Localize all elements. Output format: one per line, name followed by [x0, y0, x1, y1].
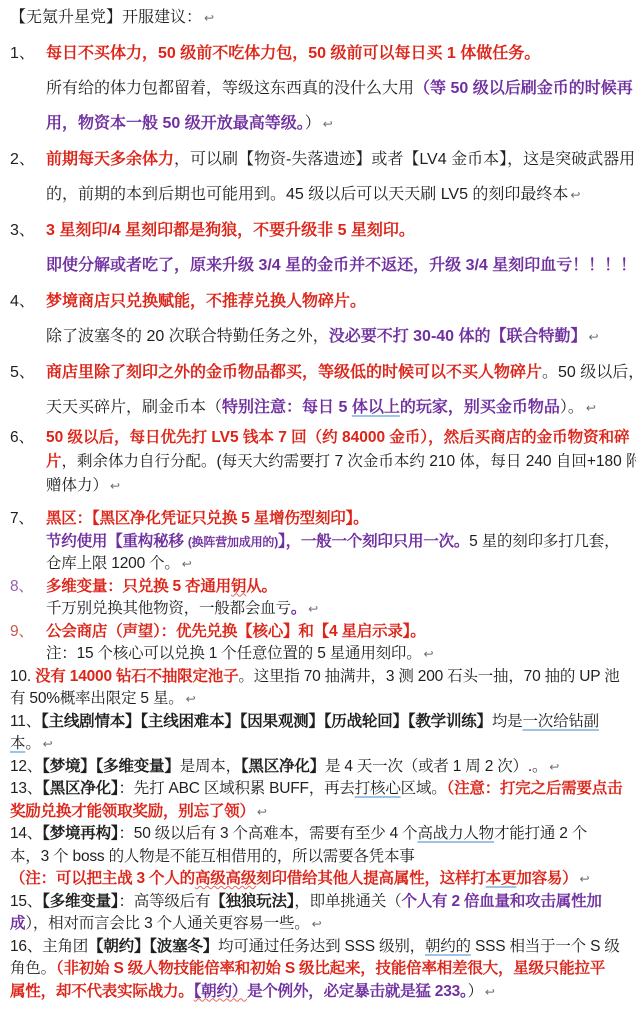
paragraph-mark-icon: ↩	[549, 760, 559, 774]
text-run: （等 50 级以后刷金币的时候再	[414, 80, 633, 97]
paragraph-mark-icon: ↩	[186, 692, 196, 706]
text-run: 的玩家，别买金币物品	[400, 399, 560, 416]
paragraph-mark-icon: ↩	[312, 917, 322, 931]
doc-line: 用，物资本一般 50 级开放最高等级。）↩	[10, 106, 630, 142]
doc-line: 片，剩余体力自行分配。(每天大约需要打 7 次金币本约 210 体，每日 240…	[10, 450, 630, 474]
list-item-16: 16、主角团【朝约】【波塞冬】均可通过任务达到 SSS 级别，朝约的 SSS 相…	[10, 936, 630, 959]
doc-line: 即使分解或者吃了，原来升级 3/4 星的金币并不返还，升级 3/4 星刻印血亏！…	[10, 248, 630, 284]
list-number: 5、	[10, 355, 35, 390]
text-run: （注：可以把主战 3 个人的	[10, 870, 195, 887]
text-run: 高战力人物	[417, 825, 494, 842]
text-run: 均是	[492, 713, 523, 730]
text-run: 】，一般一个刻印只用一次。	[278, 533, 469, 550]
text-run: 3 星刻印/4 星刻印都是狗狼，不要升级非 5 星刻印。	[46, 222, 415, 239]
text-run: 注：15 个核心可以兑换 1 个任意位置的 5 星通用刻印。	[46, 645, 422, 662]
section-item6: 6、50 级以后，每日优先打 LV5 钱本 7 回（约 84000 金币），然后…	[10, 426, 630, 498]
list-item-2: 2、前期每天多余体力，可以刷【物资-失落遗迹】或者【LV4 金币本】，这是突破武…	[10, 142, 630, 177]
text-run: 。这里指 70 抽满井，3 测 200 石头一抽，70 抽的 UP 池	[238, 668, 619, 685]
text-run: ）。	[560, 399, 584, 416]
text-run: 即使分解或者吃了，原来升级 3/4 星的金币并不返还，升级 3/4 星刻印血亏！…	[46, 257, 636, 274]
text-run: 50 级以后，每日优先打 LV5 钱本 7 回（约 84000 金币），然后买商…	[46, 429, 630, 446]
doc-line: 本，3 个 boss 的人物是不能互相借用的，所以需要各凭本事	[10, 846, 630, 869]
text-run: ：先打 ABC 区域积累 BUFF，再去	[118, 780, 354, 797]
doc-title: 【无氪升星党】开服建议：	[10, 9, 202, 26]
text-run: 打核心	[355, 780, 401, 797]
text-run: 节约使用【重构秘移	[46, 533, 188, 550]
text-run: 的，前期的本到后期也可能用到。45 级以后可以天天刷 LV5 的刻印最终本	[46, 186, 568, 203]
text-run: 是个例外，必定暴击就是猛 233。	[247, 983, 468, 1000]
doc-line: 角色。（非初始 S 级人物技能倍率和初始 S 级比起来，技能倍率相差很大，星级只…	[10, 958, 630, 981]
text-run: ），相对而言会比 3 个人通关更容易一些。	[25, 915, 309, 932]
text-run: 【黑区净化】	[42, 780, 118, 797]
doc-title-line: 【无氪升星党】开服建议：↩	[10, 0, 630, 36]
list-item-5: 5、商店里除了刻印之外的金币物品都买，等级低的时候可以不买人物碎片。50 级以后…	[10, 355, 630, 390]
doc-line: 有 50%概率出限定 5 星。↩	[10, 688, 630, 711]
list-number: 1、	[10, 36, 35, 71]
text-run: 用，物资本一般 50 级开放最高等级。	[46, 115, 305, 132]
paragraph-mark-icon: ↩	[424, 647, 434, 661]
paragraph-mark-icon: ↩	[485, 985, 495, 999]
text-run: 朝约的	[425, 938, 471, 955]
text-run: 黑区：【黑区净化凭证只兑换 5 星增伤型刻印】。	[46, 510, 368, 527]
list-item-15: 15、【多维变量】：高等级后有【独狼玩法】，即单挑通关（个人有 2 倍血量和攻击…	[10, 891, 630, 914]
text-run: 本	[10, 735, 25, 752]
text-run: 是周本，	[180, 758, 241, 775]
text-run: 【梦境】【多维变量】	[42, 758, 180, 775]
doc-line: 除了波塞冬的 20 次联合特勤任务之外，没必要不打 30-40 体的【联合特勤】…	[10, 319, 630, 355]
text-run: 钥	[231, 578, 246, 595]
text-run: 个人有 2 倍血量和攻击属性加	[401, 893, 601, 910]
list-item-6: 6、50 级以后，每日优先打 LV5 钱本 7 回（约 84000 金币），然后…	[10, 426, 630, 450]
doc-line: 仓库上限 1200 个。↩	[10, 553, 630, 576]
doc-line: 本。↩	[10, 733, 630, 756]
text-run: 本，3 个 boss 的人物是不能互相借用的，所以需要各凭本事	[10, 848, 415, 865]
text-run: 片	[46, 453, 62, 470]
text-run: 成	[10, 915, 25, 932]
text-run: 【梦境再构】	[42, 825, 118, 842]
text-run: 【朝约】【波塞冬】	[88, 938, 218, 955]
list-number: 13、	[10, 780, 42, 797]
text-run: 天天买碎片，刷金币本（	[46, 399, 222, 416]
list-item-11: 11、【主线剧情本】【主线困难本】【因果观测】【历战轮回】【教学训练】均是一次给…	[10, 711, 630, 734]
doc-line: 赠体力）↩	[10, 474, 630, 498]
text-run: ，可以刷【物资-失落遗迹】或者【LV4 金币本】，这是突破武器用	[174, 151, 635, 168]
list-item-8: 8、多维变量：只兑换 5 杏通用钥从。	[10, 576, 630, 599]
paragraph-mark-icon: ↩	[323, 117, 333, 131]
text-run: 。50 级以后，	[542, 364, 636, 381]
list-item-14: 14、【梦境再构】：50 级以后有 3 个高难本，需要有至少 4 个高战力人物才…	[10, 823, 630, 846]
paragraph-mark-icon: ↩	[308, 602, 318, 616]
text-run: SSS 相当于一个 S 级	[471, 938, 620, 955]
paragraph-mark-icon: ↩	[586, 401, 596, 415]
text-run: 多维变量：只兑换 5 杏通用	[46, 578, 231, 595]
text-run: 是 4 天一次（或者 1 周 2 次）.。	[325, 758, 547, 775]
doc-line: 的，前期的本到后期也可能用到。45 级以后可以天天刷 LV5 的刻印最终本↩	[10, 177, 630, 213]
list-number: 14、	[10, 825, 42, 842]
document-page: 【无氪升星党】开服建议：↩ 1、每日不买体力，50 级前不吃体力包，50 级前可…	[0, 0, 636, 1003]
list-number: 6、	[10, 426, 34, 450]
text-run: 体以上	[352, 399, 400, 416]
text-run: 千万别兑换其他物资，一般都会血亏	[46, 600, 291, 617]
doc-line: 成），相对而言会比 3 个人通关更容易一些。↩	[10, 913, 630, 936]
text-run: 【多维变量】	[42, 893, 118, 910]
list-number: 9、	[10, 621, 34, 644]
text-run: 除了波塞冬的 20 次联合特勤任务之外，	[46, 328, 329, 345]
text-run: 奖励兑换才能领取奖励，别忘了领）	[10, 803, 255, 820]
text-run: 本更	[486, 870, 517, 887]
list-number: 2、	[10, 142, 35, 177]
text-run: ，剩余体力自行分配。(每天大约需要打 7 次金币本约 210 体，每日 240 …	[62, 453, 636, 470]
paragraph-mark-icon: ↩	[204, 11, 214, 25]
list-number: 7、	[10, 508, 34, 531]
text-run: 有 50%概率出限定 5 星。	[10, 690, 184, 707]
text-run: 刻印借给其他人提高属性，这样打	[256, 870, 486, 887]
doc-line: 所有给的体力包都留着，等级这东西真的没什么大用（等 50 级以后刷金币的时候再	[10, 71, 630, 106]
text-run: 特别注意：每日 5	[222, 399, 352, 416]
text-run: 【主线剧情本】【主线困难本】【因果观测】【历战轮回】【教学训练】	[41, 713, 492, 730]
list-number: 3、	[10, 213, 35, 248]
text-run: 一次给钻副	[522, 713, 599, 730]
list-number: 15、	[10, 893, 42, 910]
list-item-9: 9、公会商店（声望）：优先兑换【核心】和【4 星启示录】。	[10, 621, 630, 644]
list-item-4: 4、梦境商店只兑换赋能，不推荐兑换人物碎片。	[10, 284, 630, 319]
list-item-7: 7、黑区：【黑区净化凭证只兑换 5 星增伤型刻印】。	[10, 508, 630, 531]
text-run: ，即单挑通关（	[294, 893, 401, 910]
list-item-10: 10. 没有 14000 钻石不抽限定池子。这里指 70 抽满井，3 测 200…	[10, 666, 630, 689]
list-number: 8、	[10, 576, 34, 599]
text-run: 角色。	[10, 960, 56, 977]
doc-line: 天天买碎片，刷金币本（特别注意：每日 5 体以上的玩家，别买金币物品）。↩	[10, 390, 630, 426]
text-run: 没有 14000 钻石不抽限定池子	[35, 668, 238, 685]
text-run: ：50 级以后有 3 个高难本，需要有至少 4 个	[118, 825, 417, 842]
paragraph-mark-icon: ↩	[182, 557, 192, 571]
doc-line: （注：可以把主战 3 个人的高级高级刻印借给其他人提高属性，这样打本更加容易）↩	[10, 868, 630, 891]
text-run: 区域。	[401, 780, 447, 797]
paragraph-mark-icon: ↩	[110, 479, 120, 493]
paragraph-mark-icon: ↩	[570, 188, 580, 202]
list-number: 12、	[10, 758, 42, 775]
section-bottom: 7、黑区：【黑区净化凭证只兑换 5 星增伤型刻印】。 节约使用【重构秘移 (换阵…	[10, 508, 630, 1003]
list-number: 16、主角团	[10, 938, 88, 955]
text-run: 公会商店（声望）：优先兑换【核心】和【4 星启示录】。	[46, 623, 426, 640]
text-run: 每日不买体力，50 级前不吃体力包，50 级前可以每日买 1 体做任务。	[46, 45, 540, 62]
paragraph-mark-icon: ↩	[43, 737, 53, 751]
text-run: 赠体力）	[46, 477, 108, 494]
paragraph-mark-icon: ↩	[589, 330, 599, 344]
text-run: 【黑区净化】	[241, 758, 325, 775]
paragraph-mark-icon: ↩	[579, 872, 589, 886]
text-run: 从。	[246, 578, 277, 595]
list-item-3: 3、3 星刻印/4 星刻印都是狗狼，不要升级非 5 星刻印。	[10, 213, 630, 248]
text-run: 5 星的刻印多打几套，	[469, 533, 619, 550]
list-item-13: 13、【黑区净化】：先打 ABC 区域积累 BUFF，再去打核心区域。（注意：打…	[10, 778, 630, 801]
list-item-12: 12、【梦境】【多维变量】是周本，【黑区净化】是 4 天一次（或者 1 周 2 …	[10, 756, 630, 779]
text-run: 加容易）	[516, 870, 577, 887]
paragraph-mark-icon: ↩	[257, 805, 267, 819]
text-run: 均可通过任务达到 SSS 级别，	[218, 938, 425, 955]
section-top: 【无氪升星党】开服建议：↩ 1、每日不买体力，50 级前不吃体力包，50 级前可…	[10, 0, 630, 426]
doc-line: 注：15 个核心可以兑换 1 个任意位置的 5 星通用刻印。↩	[10, 643, 630, 666]
text-run: 属性，却不代表实际战力。	[10, 983, 194, 1000]
text-run: 梦境商店只兑换赋能，不推荐兑换人物碎片。	[46, 293, 366, 310]
list-number: 10.	[10, 668, 35, 685]
doc-line: 奖励兑换才能领取奖励，别忘了领）↩	[10, 801, 630, 824]
text-run: 。	[291, 600, 306, 617]
text-run: 【独狼玩法】	[210, 893, 294, 910]
text-run: 【朝约）	[194, 983, 247, 1000]
text-run: 。	[25, 735, 40, 752]
text-run: ）	[305, 115, 321, 132]
text-run: 前期每天多余体力	[46, 151, 174, 168]
list-number: 4、	[10, 284, 35, 319]
text-run: 才能打通 2 个	[494, 825, 587, 842]
doc-line: 节约使用【重构秘移 (换阵营加成用的)】，一般一个刻印只用一次。5 星的刻印多打…	[10, 531, 630, 554]
text-run: 所有给的体力包都留着，等级这东西真的没什么大用	[46, 80, 414, 97]
text-run: 仓库上限 1200 个。	[46, 555, 180, 572]
text-run: (换阵营加成用的)	[188, 535, 278, 549]
text-run: 没必要不打 30-40 体的【联合特勤】	[329, 328, 587, 345]
list-item-1: 1、每日不买体力，50 级前不吃体力包，50 级前可以每日买 1 体做任务。	[10, 36, 630, 71]
text-run: ）	[468, 983, 483, 1000]
doc-line: 属性，却不代表实际战力。【朝约）是个例外，必定暴击就是猛 233。）↩	[10, 981, 630, 1004]
text-run: ：高等级后有	[118, 893, 210, 910]
list-number: 11、	[10, 713, 41, 730]
text-run: （非初始 S 级人物技能倍率和初始 S 级比起来，技能倍率相差很大，星级只能拉平	[56, 960, 605, 977]
text-run: （注意：打完之后需要点击	[447, 780, 623, 797]
text-run: 高级高级	[195, 870, 256, 887]
text-run: 商店里除了刻印之外的金币物品都买，等级低的时候可以不买人物碎片	[46, 364, 542, 381]
doc-line: 千万别兑换其他物资，一般都会血亏。↩	[10, 598, 630, 621]
